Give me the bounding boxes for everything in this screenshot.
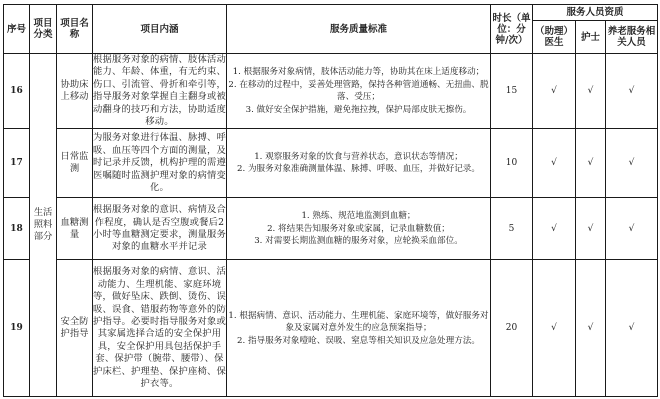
- row-content: 为服务对象进行体温、脉搏、呼吸、血压等四个方面的测量，及时记录并反馈，机构护理的…: [93, 129, 227, 198]
- check-icon: √: [576, 54, 606, 129]
- row-standard: 1. 熟练、规范地监测到血糖； 2. 将结果告知服务对象或家属，记录血糖数值； …: [227, 198, 491, 260]
- check-icon: √: [533, 54, 576, 129]
- check-icon: √: [533, 260, 576, 397]
- row-name: 日常监测: [57, 129, 93, 198]
- header-seq: 序号: [4, 5, 30, 54]
- row-duration: 20: [491, 260, 533, 397]
- check-icon: √: [576, 260, 606, 397]
- table-row: 17 日常监测 为服务对象进行体温、脉搏、呼吸、血压等四个方面的测量，及时记录并…: [4, 129, 658, 198]
- check-icon: √: [533, 198, 576, 260]
- row-duration: 10: [491, 129, 533, 198]
- check-icon: √: [606, 260, 658, 397]
- table-row: 18 血糖测量 根据服务对象的意识、病情及合作程度，确认是否空腹或餐后2小时等血…: [4, 198, 658, 260]
- row-content: 根据服务对象的病情、意识、活动能力、生理机能、家庭环境等，做好坠床、跌倒、烫伤、…: [93, 260, 227, 397]
- header-staff-doctor: （助理）医生: [533, 21, 576, 54]
- row-content: 根据服务对象的病情、肢体活动能力、年龄、体重，有无约束、伤口、引流管、骨折和牵引…: [93, 54, 227, 129]
- row-name: 血糖测量: [57, 198, 93, 260]
- header-name: 项目名称: [57, 5, 93, 54]
- row-name: 安全防护指导: [57, 260, 93, 397]
- row-seq: 17: [4, 129, 30, 198]
- check-icon: √: [606, 198, 658, 260]
- header-content: 项目内涵: [93, 5, 227, 54]
- row-seq: 16: [4, 54, 30, 129]
- header-duration: 时长（单位：分钟/次）: [491, 5, 533, 54]
- row-seq: 19: [4, 260, 30, 397]
- table-row: 16 生活照料部分 协助床上移动 根据服务对象的病情、肢体活动能力、年龄、体重，…: [4, 54, 658, 129]
- row-name: 协助床上移动: [57, 54, 93, 129]
- row-standard: 1. 根据服务对象病情，肢体活动能力等，协助其在床上适度移动； 2. 在移动的过…: [227, 54, 491, 129]
- header-staff-nurse: 护士: [576, 21, 606, 54]
- check-icon: √: [606, 129, 658, 198]
- row-duration: 5: [491, 198, 533, 260]
- row-content: 根据服务对象的意识、病情及合作程度，确认是否空腹或餐后2小时等血糖测定要求，测量…: [93, 198, 227, 260]
- check-icon: √: [533, 129, 576, 198]
- row-standard: 1. 观察服务对象的饮食与营养状态，意识状态等情况； 2. 为服务对象准确测量体…: [227, 129, 491, 198]
- header-staff-caregiver: 养老服务相关人员: [606, 21, 658, 54]
- header-category: 项目分类: [30, 5, 57, 54]
- row-seq: 18: [4, 198, 30, 260]
- header-staff-group: 服务人员资质: [533, 5, 658, 21]
- row-standard: 1. 根据病情、意识、活动能力、生理机能、家庭环境等，做好服务对象及家属对意外发…: [227, 260, 491, 397]
- service-standard-table: 序号 项目分类 项目名称 项目内涵 服务质量标准 时长（单位：分钟/次） 服务人…: [3, 4, 658, 397]
- header-standard: 服务质量标准: [227, 5, 491, 54]
- row-duration: 15: [491, 54, 533, 129]
- check-icon: √: [606, 54, 658, 129]
- check-icon: √: [576, 198, 606, 260]
- row-category: 生活照料部分: [30, 54, 57, 397]
- check-icon: √: [576, 129, 606, 198]
- table-row: 19 安全防护指导 根据服务对象的病情、意识、活动能力、生理机能、家庭环境等，做…: [4, 260, 658, 397]
